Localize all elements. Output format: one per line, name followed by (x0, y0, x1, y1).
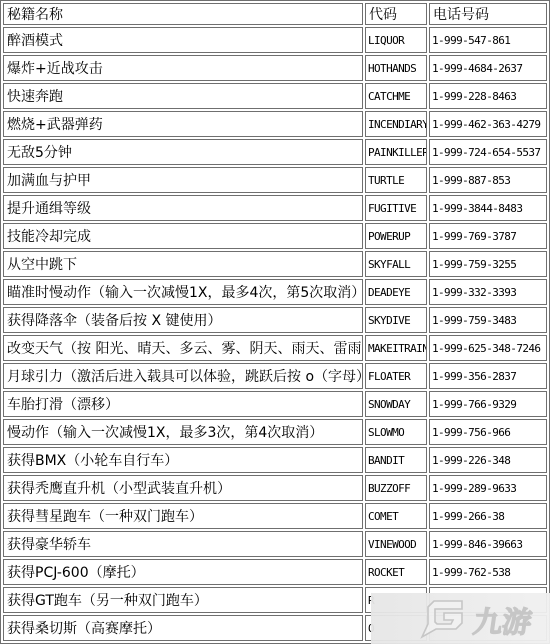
phone-cell: 1-999-4684-2637 (429, 55, 547, 81)
phone-cell: 1-999-3844-8483 (429, 195, 547, 221)
code-cell: SNOWDAY (365, 391, 427, 417)
table-row: 无敌5分钟 PAINKILLER 1-999-724-654-5537 (3, 139, 547, 165)
phone-cell: 1-999-724-654-5537 (429, 139, 547, 165)
phone-cell: 1-999-228-8463 (429, 83, 547, 109)
cheat-name-cell: 改变天气（按 阳光、晴天、多云、雾、阴天、雨天、雷雨、下雪） (3, 335, 363, 361)
table-row: 燃烧+武器弹药 INCENDIARY 1-999-462-363-4279 (3, 111, 547, 137)
table-row: 获得彗星跑车（一种双门跑车） COMET 1-999-266-38 (3, 503, 547, 529)
table-row: 获得BMX（小轮车自行车） BANDIT 1-999-226-348 (3, 447, 547, 473)
phone-cell: 1-999-769-3787 (429, 223, 547, 249)
cheat-name-cell: 快速奔跑 (3, 83, 363, 109)
phone-cell: 1-999-266-38 (429, 503, 547, 529)
watermark-overlay: 九游 (371, 593, 550, 644)
cheat-name-cell: 获得PCJ-600（摩托） (3, 559, 363, 585)
code-cell: LIQUOR (365, 27, 427, 53)
cheat-name-cell: 提升通缉等级 (3, 195, 363, 221)
cheat-name-cell: 车胎打滑（漂移） (3, 391, 363, 417)
9game-g-glyph (422, 601, 462, 637)
phone-cell: 1-999-226-348 (429, 447, 547, 473)
cheat-name-cell: 获得降落伞（装备后按 X 键使用） (3, 307, 363, 333)
cheat-code-table: 秘籍名称 代码 电话号码 醉酒模式 LIQUOR 1-999-547-861 爆… (0, 0, 550, 644)
code-cell: FUGITIVE (365, 195, 427, 221)
cheat-name-cell: 获得GT跑车（另一种双门跑车） (3, 587, 363, 613)
table-row: 月球引力（激活后进入载具可以体验，跳跃后按 o（字母）键漂浮） FLOATER … (3, 363, 547, 389)
code-cell: SLOWMO (365, 419, 427, 445)
table-row: 慢动作（输入一次减慢1X，最多3次，第4次取消） SLOWMO 1-999-75… (3, 419, 547, 445)
code-cell: FLOATER (365, 363, 427, 389)
code-cell: BANDIT (365, 447, 427, 473)
phone-cell: 1-999-356-2837 (429, 363, 547, 389)
table-header: 秘籍名称 代码 电话号码 (3, 3, 547, 25)
page: 秘籍名称 代码 电话号码 醉酒模式 LIQUOR 1-999-547-861 爆… (0, 0, 550, 644)
code-cell: BUZZOFF (365, 475, 427, 501)
table-row: 获得秃鹰直升机（小型武装直升机） BUZZOFF 1-999-289-9633 (3, 475, 547, 501)
9game-logo-icon: 九游 (420, 597, 546, 641)
phone-cell: 1-999-766-9329 (429, 391, 547, 417)
cheat-name-cell: 慢动作（输入一次减慢1X，最多3次，第4次取消） (3, 419, 363, 445)
watermark-text: 九游 (471, 605, 534, 639)
table-row: 获得降落伞（装备后按 X 键使用） SKYDIVE 1-999-759-3483 (3, 307, 547, 333)
cheat-name-cell: 月球引力（激活后进入载具可以体验，跳跃后按 o（字母）键漂浮） (3, 363, 363, 389)
phone-cell: 1-999-625-348-7246 (429, 335, 547, 361)
table-row: 快速奔跑 CATCHME 1-999-228-8463 (3, 83, 547, 109)
table-row: 爆炸+近战攻击 HOTHANDS 1-999-4684-2637 (3, 55, 547, 81)
column-header-cheat-name: 秘籍名称 (3, 3, 363, 25)
cheat-name-cell: 燃烧+武器弹药 (3, 111, 363, 137)
code-cell: POWERUP (365, 223, 427, 249)
header-row: 秘籍名称 代码 电话号码 (3, 3, 547, 25)
phone-cell: 1-999-462-363-4279 (429, 111, 547, 137)
cheat-name-cell: 获得彗星跑车（一种双门跑车） (3, 503, 363, 529)
cheat-name-cell: 醉酒模式 (3, 27, 363, 53)
cheat-name-cell: 瞄准时慢动作（输入一次减慢1X，最多4次，第5次取消） (3, 279, 363, 305)
table-row: 从空中跳下 SKYFALL 1-999-759-3255 (3, 251, 547, 277)
cheat-name-cell: 从空中跳下 (3, 251, 363, 277)
code-cell: TURTLE (365, 167, 427, 193)
phone-cell: 1-999-289-9633 (429, 475, 547, 501)
code-cell: SKYDIVE (365, 307, 427, 333)
code-cell: HOTHANDS (365, 55, 427, 81)
table-row: 提升通缉等级 FUGITIVE 1-999-3844-8483 (3, 195, 547, 221)
table-row: 加满血与护甲 TURTLE 1-999-887-853 (3, 167, 547, 193)
code-cell: ROCKET (365, 559, 427, 585)
phone-cell: 1-999-762-538 (429, 559, 547, 585)
phone-cell: 1-999-887-853 (429, 167, 547, 193)
column-header-phone: 电话号码 (429, 3, 547, 25)
table-row: 获得PCJ-600（摩托） ROCKET 1-999-762-538 (3, 559, 547, 585)
code-cell: DEADEYE (365, 279, 427, 305)
phone-cell: 1-999-846-39663 (429, 531, 547, 557)
table-row: 车胎打滑（漂移） SNOWDAY 1-999-766-9329 (3, 391, 547, 417)
phone-cell: 1-999-756-966 (429, 419, 547, 445)
cheat-name-cell: 技能冷却完成 (3, 223, 363, 249)
cheat-table-body: 醉酒模式 LIQUOR 1-999-547-861 爆炸+近战攻击 HOTHAN… (3, 27, 547, 641)
phone-cell: 1-999-759-3483 (429, 307, 547, 333)
cheat-name-cell: 加满血与护甲 (3, 167, 363, 193)
phone-cell: 1-999-547-861 (429, 27, 547, 53)
cheat-name-cell: 获得豪华轿车 (3, 531, 363, 557)
table-row: 改变天气（按 阳光、晴天、多云、雾、阴天、雨天、雷雨、下雪） MAKEITRAI… (3, 335, 547, 361)
cheat-name-cell: 无敌5分钟 (3, 139, 363, 165)
code-cell: PAINKILLER (365, 139, 427, 165)
code-cell: CATCHME (365, 83, 427, 109)
code-cell: INCENDIARY (365, 111, 427, 137)
table-row: 醉酒模式 LIQUOR 1-999-547-861 (3, 27, 547, 53)
table-row: 获得豪华轿车 VINEWOOD 1-999-846-39663 (3, 531, 547, 557)
table-row: 瞄准时慢动作（输入一次减慢1X，最多4次，第5次取消） DEADEYE 1-99… (3, 279, 547, 305)
cheat-name-cell: 获得桑切斯（高赛摩托） (3, 615, 363, 641)
phone-cell: 1-999-759-3255 (429, 251, 547, 277)
phone-cell: 1-999-332-3393 (429, 279, 547, 305)
table-row: 技能冷却完成 POWERUP 1-999-769-3787 (3, 223, 547, 249)
cheat-name-cell: 获得BMX（小轮车自行车） (3, 447, 363, 473)
code-cell: SKYFALL (365, 251, 427, 277)
code-cell: VINEWOOD (365, 531, 427, 557)
cheat-name-cell: 爆炸+近战攻击 (3, 55, 363, 81)
cheat-name-cell: 获得秃鹰直升机（小型武装直升机） (3, 475, 363, 501)
column-header-code: 代码 (365, 3, 427, 25)
code-cell: MAKEITRAIN (365, 335, 427, 361)
code-cell: COMET (365, 503, 427, 529)
